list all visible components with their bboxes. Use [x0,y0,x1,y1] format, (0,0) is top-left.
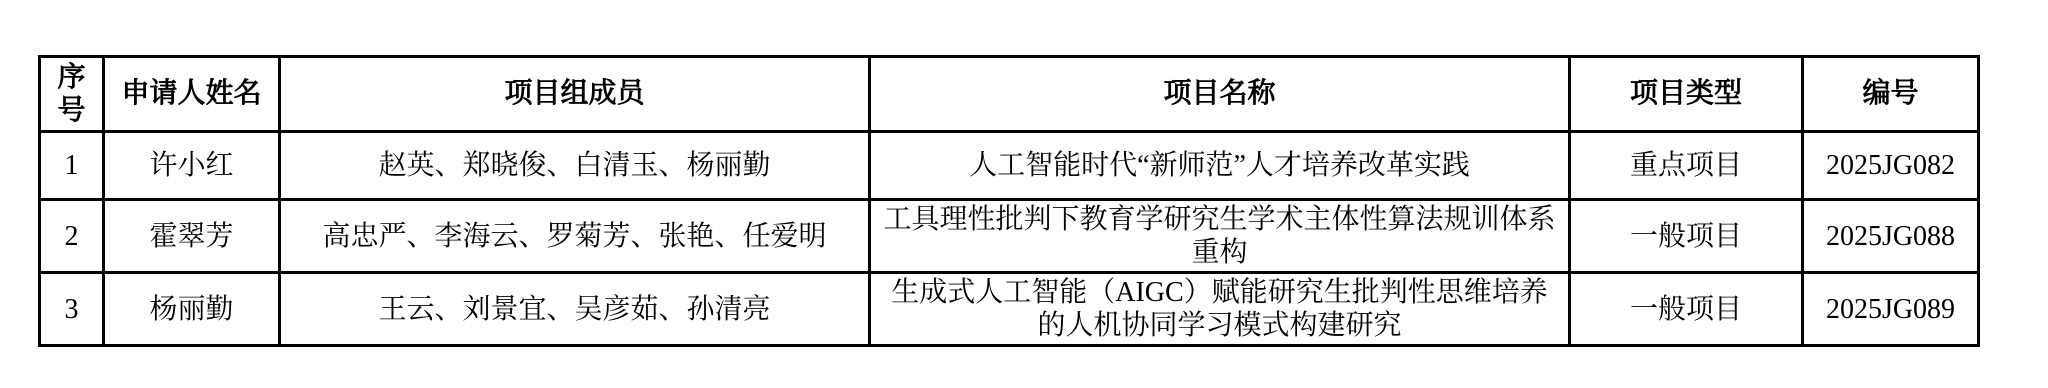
projects-table: 序号 申请人姓名 项目组成员 项目名称 项目类型 编号 1 许小红 赵英、郑晓俊… [38,55,1980,347]
cell-applicant: 杨丽勤 [104,273,280,346]
header-cell-type: 项目类型 [1570,57,1803,132]
header-cell-applicant: 申请人姓名 [104,57,280,132]
cell-project: 人工智能时代“新师范”人才培养改革实践 [870,132,1570,200]
header-row: 序号 申请人姓名 项目组成员 项目名称 项目类型 编号 [40,57,1979,132]
cell-index: 3 [40,273,104,346]
cell-code: 2025JG089 [1803,273,1979,346]
header-cell-project: 项目名称 [870,57,1570,132]
cell-project: 工具理性批判下教育学研究生学术主体性算法规训体系重构 [870,200,1570,273]
header-cell-members: 项目组成员 [280,57,870,132]
header-cell-index: 序号 [40,57,104,132]
cell-type: 一般项目 [1570,200,1803,273]
table-row: 3 杨丽勤 王云、刘景宜、吴彦茹、孙清亮 生成式人工智能（AIGC）赋能研究生批… [40,273,1979,346]
cell-applicant: 许小红 [104,132,280,200]
cell-type: 一般项目 [1570,273,1803,346]
cell-members: 王云、刘景宜、吴彦茹、孙清亮 [280,273,870,346]
cell-index: 1 [40,132,104,200]
table-header: 序号 申请人姓名 项目组成员 项目名称 项目类型 编号 [40,57,1979,132]
table-row: 2 霍翠芳 高忠严、李海云、罗菊芳、张艳、任爱明 工具理性批判下教育学研究生学术… [40,200,1979,273]
table-body: 1 许小红 赵英、郑晓俊、白清玉、杨丽勤 人工智能时代“新师范”人才培养改革实践… [40,132,1979,346]
table-row: 1 许小红 赵英、郑晓俊、白清玉、杨丽勤 人工智能时代“新师范”人才培养改革实践… [40,132,1979,200]
cell-code: 2025JG088 [1803,200,1979,273]
cell-members: 赵英、郑晓俊、白清玉、杨丽勤 [280,132,870,200]
cell-code: 2025JG082 [1803,132,1979,200]
cell-applicant: 霍翠芳 [104,200,280,273]
header-cell-code: 编号 [1803,57,1979,132]
page: { "page": { "background": "#ffffff" }, "… [0,0,2048,388]
cell-project: 生成式人工智能（AIGC）赋能研究生批判性思维培养的人机协同学习模式构建研究 [870,273,1570,346]
cell-members: 高忠严、李海云、罗菊芳、张艳、任爱明 [280,200,870,273]
cell-type: 重点项目 [1570,132,1803,200]
cell-index: 2 [40,200,104,273]
